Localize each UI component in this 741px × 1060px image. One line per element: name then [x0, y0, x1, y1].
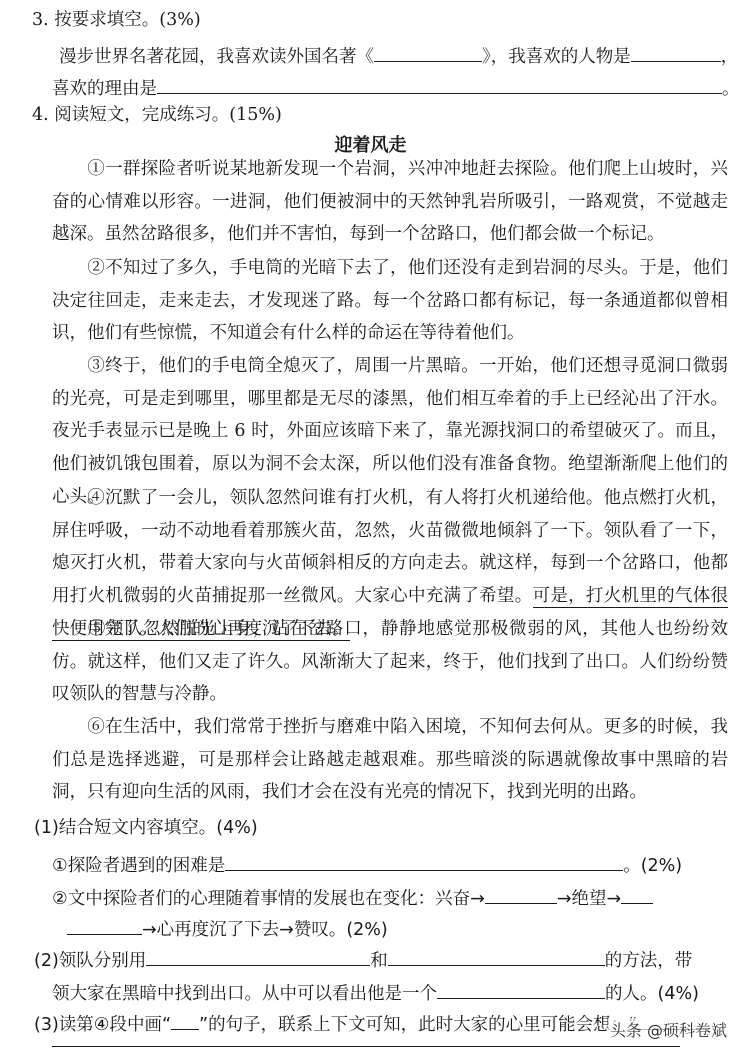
paragraph-2-text: ②不知过了多久，手电筒的光暗下去了，他们还没有走到岩洞的尽头。于是，他们决定往回… [52, 258, 728, 343]
emotion-blank-1[interactable] [485, 885, 557, 904]
paragraph-1-text: ①一群探险者听说某地新发现一个岩洞，兴冲冲地赶去探险。他们爬上山坡时，兴奋的心情… [52, 159, 728, 244]
sub2-line2: 领大家在黑暗中找到出口。从中可以看出他是一个的人。(4%) [52, 980, 699, 1005]
paragraph-5-text: ⑤领队忽然脱光上身，站在岔路口，静静地感觉那极微弱的风，其他人也纷纷效仿。就这样… [52, 619, 728, 704]
paragraph-6-text: ⑥在生活中，我们常常于挫折与磨难中陷入困境，不知何去何从。更多的时候，我们总是选… [52, 717, 728, 802]
q3-line2: 喜欢的理由是。 [52, 75, 740, 100]
sub3-text-a: (3)读第④段中画“ [34, 1015, 171, 1035]
q3-reason-blank[interactable] [157, 75, 722, 94]
sub3-text-b: ”的句子，联系上下文可知，此时大家的心里可能会想：“ [199, 1015, 637, 1035]
sub1-item1: ①探险者遇到的困难是。(2%) [52, 852, 682, 877]
paragraph-2: ②不知过了多久，手电筒的光暗下去了，他们还没有走到岩洞的尽头。于是，他们决定往回… [52, 252, 728, 350]
emotion-blank-2a[interactable] [621, 885, 653, 904]
method-blank-2[interactable] [388, 947, 605, 966]
sub2-text-b: 和 [370, 951, 388, 971]
q3-text-a: 漫步世界名著花园，我喜欢读外国名著《 [59, 47, 374, 67]
sub1-item2-text-c: →心再度沉了下去→赞叹。(2%) [142, 920, 388, 940]
q3-text-e: 。 [722, 79, 740, 99]
sub1-item2: ②文中探险者们的心理随着事情的发展也在变化：兴奋→→绝望→ [52, 885, 653, 910]
paragraph-6: ⑥在生活中，我们常常于挫折与磨难中陷入困境，不知何去何从。更多的时候，我们总是选… [52, 711, 728, 809]
sub1-item2-text-b: →绝望→ [557, 889, 621, 909]
sub1-item1-text: ①探险者遇到的困难是 [52, 856, 225, 876]
trait-blank[interactable] [437, 980, 605, 999]
sub1-heading: (1)结合短文内容填空。(4%) [34, 817, 258, 839]
sub2-text-e: 的人。(4%) [605, 984, 699, 1004]
sub1-item2-cont: →心再度沉了下去→赞叹。(2%) [67, 916, 388, 941]
sub1-item2-text: ②文中探险者们的心理随着事情的发展也在变化：兴奋→ [52, 889, 485, 909]
q3-character-blank[interactable] [631, 43, 721, 62]
sub2-line1: (2)领队分别用和的方法，带 [34, 947, 692, 972]
sub2-text-a: (2)领队分别用 [34, 951, 146, 971]
sub2-text-c: 的方法，带 [605, 951, 693, 971]
thought-blank-b[interactable] [52, 1046, 680, 1047]
paragraph-1: ①一群探险者听说某地新发现一个岩洞，兴冲冲地赶去探险。他们爬上山坡时，兴奋的心情… [52, 153, 728, 251]
emotion-blank-2b[interactable] [67, 916, 142, 935]
sub2-text-d: 领大家在黑暗中找到出口。从中可以看出他是一个 [52, 984, 437, 1004]
sub1-item1-score: 。(2%) [623, 856, 682, 876]
q3-text-d: 喜欢的理由是 [52, 79, 157, 99]
difficulty-blank[interactable] [225, 852, 623, 871]
watermark: 头条 @硕科卷斌 [608, 1018, 729, 1041]
underline-marker-blank [171, 1011, 199, 1030]
q3-heading: 3. 按要求填空。(3%) [32, 9, 201, 31]
paragraph-5: ⑤领队忽然脱光上身，站在岔路口，静静地感觉那极微弱的风，其他人也纷纷效仿。就这样… [52, 613, 728, 711]
q3-line1: 漫步世界名著花园，我喜欢读外国名著《》，我喜欢的人物是， [59, 43, 738, 68]
q3-book-blank[interactable] [374, 43, 482, 62]
q4-heading: 4. 阅读短文，完成练习。(15%) [32, 104, 282, 126]
q3-text-c: ， [721, 47, 739, 67]
q3-text-b: 》，我喜欢的人物是 [482, 47, 631, 67]
method-blank-1[interactable] [146, 947, 370, 966]
